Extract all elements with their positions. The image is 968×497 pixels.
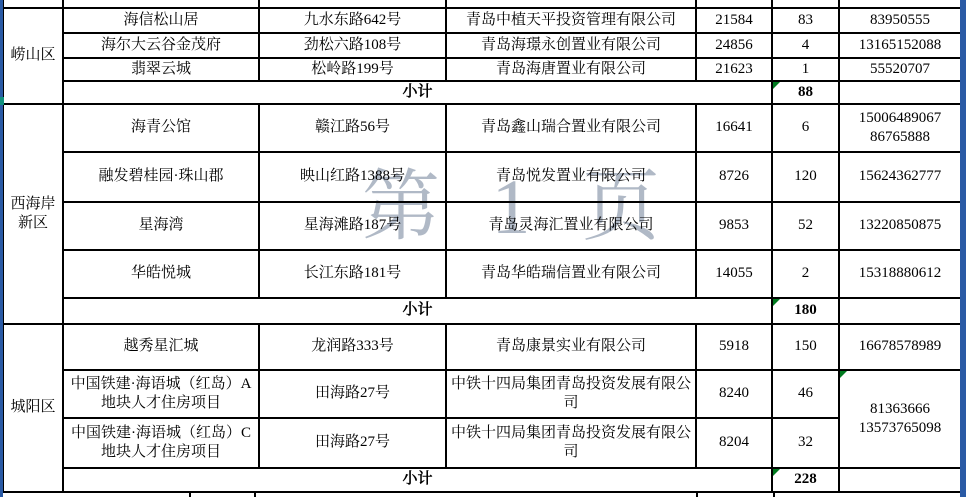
error-flag-icon: [773, 82, 780, 89]
address-cell[interactable]: 星海滩路187号: [259, 202, 446, 250]
grid-line: [696, 492, 698, 497]
district-label: 西海岸新区: [10, 196, 55, 232]
district-cell[interactable]: 城阳区: [3, 324, 63, 492]
partial-row-top: [3, 0, 961, 8]
address-cell[interactable]: 松岭路199号: [259, 58, 446, 81]
project-cell[interactable]: [63, 0, 259, 8]
subtotal-row: 小计 88: [3, 81, 961, 104]
id-cell[interactable]: 21584: [696, 8, 772, 33]
count-cell[interactable]: 6: [772, 104, 839, 152]
subtotal-label-cell[interactable]: 小计: [63, 468, 772, 492]
address-cell[interactable]: 赣江路56号: [259, 104, 446, 152]
phone-cell[interactable]: 55520707: [839, 58, 961, 81]
page-break-line-left: [0, 0, 3, 497]
phone-cell[interactable]: 83950555: [839, 8, 961, 33]
id-cell[interactable]: 5918: [696, 324, 772, 370]
subtotal-label-cell[interactable]: 小计: [63, 81, 772, 104]
project-cell[interactable]: 星海湾: [63, 202, 259, 250]
count-cell[interactable]: 83: [772, 8, 839, 33]
phone-cell[interactable]: 13220850875: [839, 202, 961, 250]
id-cell[interactable]: 16641: [696, 104, 772, 152]
phone-cell[interactable]: [839, 298, 961, 324]
subtotal-count-cell[interactable]: 228: [772, 468, 839, 492]
table-row: 海尔大云谷金茂府 劲松六路108号 青岛海璟永创置业有限公司 24856 4 1…: [3, 33, 961, 58]
error-flag-icon: [840, 371, 847, 378]
phone-cell[interactable]: [839, 0, 961, 8]
project-cell[interactable]: 华皓悦城: [63, 250, 259, 298]
id-cell[interactable]: 8240: [696, 370, 772, 418]
project-cell[interactable]: 海青公馆: [63, 104, 259, 152]
count-cell[interactable]: 4: [772, 33, 839, 58]
phone-cell[interactable]: 15318880612: [839, 250, 961, 298]
table-row: 西海岸新区 海青公馆 赣江路56号 青岛鑫山瑞合置业有限公司 16641 6 1…: [3, 104, 961, 152]
company-cell[interactable]: [446, 0, 696, 8]
project-cell[interactable]: 翡翠云城: [63, 58, 259, 81]
phone-cell[interactable]: 15006489067 86765888: [839, 104, 961, 152]
table-row: 崂山区 海信松山居 九水东路642号 青岛中植天平投资管理有限公司 21584 …: [3, 8, 961, 33]
company-cell[interactable]: 青岛灵海汇置业有限公司: [446, 202, 696, 250]
company-cell[interactable]: 青岛中植天平投资管理有限公司: [446, 8, 696, 33]
partial-row-bottom: [2, 492, 960, 497]
housing-projects-table: 崂山区 海信松山居 九水东路642号 青岛中植天平投资管理有限公司 21584 …: [2, 0, 962, 493]
id-cell[interactable]: 8204: [696, 418, 772, 468]
district-label: 城阳区: [10, 399, 55, 415]
project-cell[interactable]: 中国铁建·海语城（红岛）C地块人才住房项目: [63, 418, 259, 468]
subtotal-count-cell[interactable]: 180: [772, 298, 839, 324]
company-cell[interactable]: 青岛康景实业有限公司: [446, 324, 696, 370]
phone-cell[interactable]: [839, 81, 961, 104]
grid-line: [773, 492, 775, 497]
id-cell[interactable]: 8726: [696, 152, 772, 202]
address-cell[interactable]: 田海路27号: [259, 370, 446, 418]
table-row: 翡翠云城 松岭路199号 青岛海唐置业有限公司 21623 1 55520707: [3, 58, 961, 81]
address-cell[interactable]: 九水东路642号: [259, 8, 446, 33]
project-cell[interactable]: 海信松山居: [63, 8, 259, 33]
project-cell[interactable]: 越秀星汇城: [63, 324, 259, 370]
id-cell[interactable]: 21623: [696, 58, 772, 81]
count-cell[interactable]: 150: [772, 324, 839, 370]
phone-cell[interactable]: 81363666 13573765098: [839, 370, 961, 468]
id-cell[interactable]: 9853: [696, 202, 772, 250]
company-cell[interactable]: 青岛华皓瑞信置业有限公司: [446, 250, 696, 298]
company-cell[interactable]: 中铁十四局集团青岛投资发展有限公司: [446, 370, 696, 418]
address-cell[interactable]: 长江东路181号: [259, 250, 446, 298]
district-cell[interactable]: [3, 0, 63, 8]
error-flag-icon: [773, 299, 780, 306]
company-cell[interactable]: 青岛鑫山瑞合置业有限公司: [446, 104, 696, 152]
company-cell[interactable]: 青岛海唐置业有限公司: [446, 58, 696, 81]
count-cell[interactable]: 52: [772, 202, 839, 250]
subtotal-count-cell[interactable]: 88: [772, 81, 839, 104]
grid-line: [189, 492, 191, 497]
count-cell[interactable]: 2: [772, 250, 839, 298]
table-row: 城阳区 越秀星汇城 龙润路333号 青岛康景实业有限公司 5918 150 16…: [3, 324, 961, 370]
district-cell[interactable]: 西海岸新区: [3, 104, 63, 324]
teal-marker: [0, 97, 4, 105]
project-cell[interactable]: 融发碧桂园·珠山郡: [63, 152, 259, 202]
count-cell[interactable]: 32: [772, 418, 839, 468]
count-cell[interactable]: 120: [772, 152, 839, 202]
grid-line: [254, 492, 256, 497]
company-cell[interactable]: 青岛海璟永创置业有限公司: [446, 33, 696, 58]
table-row: 中国铁建·海语城（红岛）A地块人才住房项目 田海路27号 中铁十四局集团青岛投资…: [3, 370, 961, 418]
address-cell[interactable]: [259, 0, 446, 8]
subtotal-row: 小计 180: [3, 298, 961, 324]
project-cell[interactable]: 海尔大云谷金茂府: [63, 33, 259, 58]
company-cell[interactable]: 中铁十四局集团青岛投资发展有限公司: [446, 418, 696, 468]
page-break-line-right: [960, 0, 966, 497]
address-cell[interactable]: 映山红路1388号: [259, 152, 446, 202]
id-cell[interactable]: 24856: [696, 33, 772, 58]
address-cell[interactable]: 龙润路333号: [259, 324, 446, 370]
project-cell[interactable]: 中国铁建·海语城（红岛）A地块人才住房项目: [63, 370, 259, 418]
phone-cell[interactable]: 15624362777: [839, 152, 961, 202]
table-row: 融发碧桂园·珠山郡 映山红路1388号 青岛悦发置业有限公司 8726 120 …: [3, 152, 961, 202]
subtotal-label-cell[interactable]: 小计: [63, 298, 772, 324]
error-flag-icon: [773, 469, 780, 476]
phone-cell[interactable]: 13165152088: [839, 33, 961, 58]
count-cell[interactable]: [772, 0, 839, 8]
district-cell[interactable]: 崂山区: [3, 8, 63, 104]
id-cell[interactable]: [696, 0, 772, 8]
table-row: 星海湾 星海滩路187号 青岛灵海汇置业有限公司 9853 52 1322085…: [3, 202, 961, 250]
spreadsheet-page: 第 1 页 崂山区 海信松山居 九水东路642号 青岛中植天平投资管理有限公司 …: [0, 0, 968, 497]
id-cell[interactable]: 14055: [696, 250, 772, 298]
count-cell[interactable]: 1: [772, 58, 839, 81]
phone-cell[interactable]: [839, 468, 961, 492]
table-row: 中国铁建·海语城（红岛）C地块人才住房项目 田海路27号 中铁十四局集团青岛投资…: [3, 418, 961, 468]
phone-cell[interactable]: 16678578989: [839, 324, 961, 370]
table-row: 华皓悦城 长江东路181号 青岛华皓瑞信置业有限公司 14055 2 15318…: [3, 250, 961, 298]
address-cell[interactable]: 劲松六路108号: [259, 33, 446, 58]
subtotal-row: 小计 228: [3, 468, 961, 492]
company-cell[interactable]: 青岛悦发置业有限公司: [446, 152, 696, 202]
count-cell[interactable]: 46: [772, 370, 839, 418]
district-label: 崂山区: [10, 47, 55, 63]
address-cell[interactable]: 田海路27号: [259, 418, 446, 468]
